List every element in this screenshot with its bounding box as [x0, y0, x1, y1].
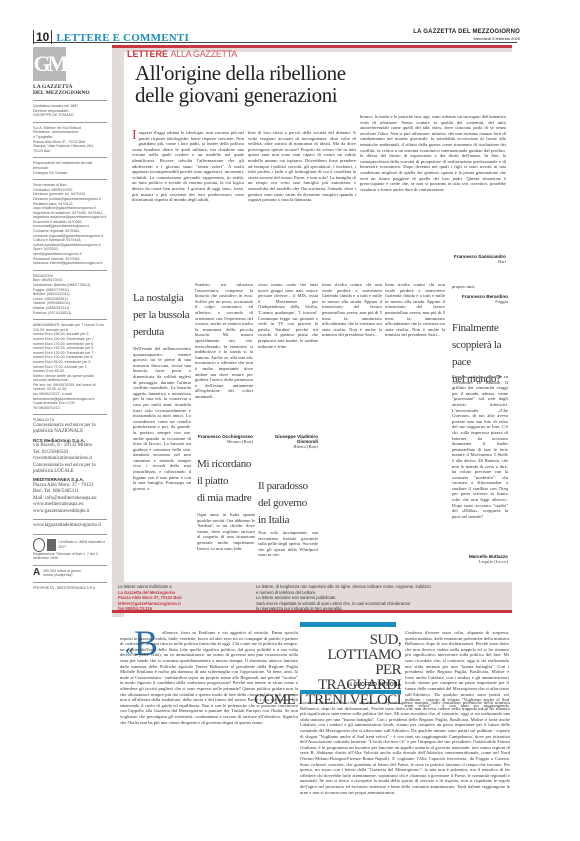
paper-name: LA GAZZETTA DEL MEZZOGIORNO: [413, 29, 520, 35]
nostalgia-signature: Francesco Occhiogrosso Bitonto (Bari): [195, 434, 253, 444]
newspaper-logo-icon: GM: [33, 47, 66, 81]
main-letter-col-2: bitri di loro stessi e perciò della soci…: [248, 130, 356, 266]
subscription-line: ABBONAMENTI: Annuale per 7 numeri Euro 3…: [33, 323, 107, 332]
sardine-col-1: Ogni tanto in Italia spunta qualche novi…: [197, 512, 255, 552]
col-text: Nell'estate del millenovecento quarantaq…: [133, 346, 191, 491]
mediterranea-line[interactable]: www.gazzettaneweddiqbe.it: [33, 509, 107, 515]
nostalgia-col-2: Sondrio, mi rubarono l'autovettura, comp…: [195, 282, 253, 432]
submission-rules: Le lettere, di lunghezza non superiore a…: [256, 584, 506, 612]
letters-kicker: LETTERE ALLA GAZZETTA: [127, 49, 237, 59]
main-letter-col-3: branco, le mode e le pratiche new age, s…: [360, 114, 506, 242]
title-line: scoppierà la pace: [452, 337, 510, 371]
letters-top-rule: [112, 45, 512, 48]
masthead-sidebar: GM LA GAZZETTA DEL MEZZOGIORNO Quotidian…: [33, 47, 107, 837]
col-text: cioso tenuto conto che tanti nuovi grupp…: [258, 282, 318, 349]
section-title: LETTERE E COMMENTI: [56, 32, 189, 44]
col-text: ellanova, fuori su Emiliano e via aggett…: [120, 630, 298, 725]
signature-name: Giuseppe Vladimiro Gismondi: [258, 434, 318, 444]
opinion-byline: di ONOFRIO INTRONA: [300, 682, 401, 688]
col-text: Non solo incompetenti, ma raccontano fro…: [258, 530, 318, 556]
sardine-signature: Giuseppe Vladimiro Gismondi Bitetto (Bar…: [258, 434, 318, 449]
main-letter-headline: All'origine della ribellione delle giova…: [135, 62, 346, 106]
sardine-col-2: cioso tenuto conto che tanti nuovi grupp…: [258, 282, 318, 430]
publisher-info: S.p.A. Editrice del Sud Edisud Redazione…: [33, 122, 107, 154]
registration-text: Registrazione Tribunale di Bari n. 7 del…: [33, 552, 107, 561]
title-line: La nostalgia: [133, 290, 193, 307]
title-line: Finalmente: [452, 320, 510, 337]
col-text: Confesso d'essere stato colto, alquanto …: [300, 700, 510, 795]
col-text: lenta rivolta contro chi non vuole perde…: [385, 282, 445, 337]
byline-author: ONOFRIO INTRONA: [354, 682, 402, 688]
page-number: 10: [33, 30, 52, 44]
audipress-icon: A: [33, 571, 40, 576]
readership: A 490.000 lettori al giornomedia (Audipr…: [33, 565, 107, 578]
title-line: il piatto: [197, 473, 257, 490]
issue-date: Mercoledì 5 febbraio 2020: [474, 36, 520, 41]
signature-place: Bari: [420, 259, 506, 264]
title-line: del governo: [258, 495, 320, 512]
readers-count: 490.000 lettori al giorno: [43, 569, 81, 573]
certification: Certificato n. 8606 rilasciato il 2017: [33, 534, 107, 552]
kicker-bold: LETTERE: [127, 49, 168, 59]
col-text: proprio tutti.: [452, 284, 475, 289]
signature-place: Bitonto (Bari): [195, 439, 253, 444]
main-letter-col-1: Iragazzi d'oggi odiano le ideologie, non…: [132, 130, 244, 266]
paradosso-ending: proprio tutti.: [452, 284, 508, 290]
title-line: SUD, LOTTIAMO: [300, 633, 401, 663]
nostalgia-title: La nostalgia per la bussola perduta: [133, 290, 193, 341]
advertising: PUBBLICITÀ: Concessionaria esclusiva per…: [33, 414, 107, 515]
opinion-col-2a: Confesso d'essere stato colto, alquanto …: [405, 630, 509, 710]
opinion-col-1: ellanova, fuori su Emiliano e via aggett…: [120, 630, 298, 830]
director-name: GIUSEPPE DE TOMASO: [33, 113, 107, 118]
contact-line[interactable]: Direzione.politica@gazzettamezzogiorno.i…: [33, 197, 107, 202]
ads-badge-icon: [47, 539, 56, 551]
local-concessionaire: Concessionaria esclusiva per la pubblici…: [33, 463, 107, 476]
col-text: Sondrio, mi rubarono l'autovettura, comp…: [195, 282, 253, 399]
battista-signature: Marcello Buttazzo Lequile (Lecce): [452, 554, 508, 564]
col-text: Ogni tanto in Italia spunta qualche novi…: [197, 512, 255, 551]
subscription-line: Tel 080/5470213: [33, 406, 107, 411]
rule-line: la riservatezza pur indicando le loro ge…: [256, 606, 506, 612]
headline-line-2: delle giovani generazioni: [135, 84, 346, 106]
section-header: 10LETTERE E COMMENTI: [33, 28, 257, 43]
col-text: ragazzi d'oggi odiano le ideologie, non …: [132, 130, 244, 202]
col-text: branco, le mode e le pratiche new age, s…: [360, 114, 506, 192]
title-line: Mi ricordano: [197, 456, 257, 473]
paradosso-signature: Francesco Berardino Foggia: [452, 294, 508, 304]
col-text: bitri di loro stessi e perciò della soci…: [248, 130, 356, 202]
contact-line[interactable]: redazione.internet@gazzettamezzogiorno.i…: [33, 261, 107, 266]
privacy-label: Responsabile del trattamento dei dati pe…: [33, 161, 107, 170]
contacts: Sede centrale di Bari: Centralino: 080/5…: [33, 179, 107, 266]
main-letter-signature: Francesco Sannicandro Bari: [420, 254, 506, 264]
signature-place: Bitetto (Bari): [258, 444, 318, 449]
submission-address: Le lettere vanno indirizzate a La Gazzet…: [118, 584, 248, 612]
title-line: di mia madre: [197, 490, 257, 507]
title-line: PER TRAGUARDI: [300, 663, 401, 693]
logo-name-2: DEL MEZZOGIORNO: [33, 90, 107, 96]
kicker-light: ALLA GAZZETTA: [171, 49, 237, 59]
founding-info: Quotidiano fondato nel 1887 Direttore re…: [33, 100, 107, 118]
subscriptions: ABBONAMENTI: Annuale per 7 numeri Euro 3…: [33, 319, 107, 410]
opinion-bottom-rule: [300, 690, 401, 694]
byline-prefix: di: [348, 683, 352, 688]
dropcap: I: [132, 130, 137, 142]
privacy-name: Giuseppe De Tomaso: [33, 171, 107, 176]
opinion-col-2: Confesso d'essere stato colto, alquanto …: [300, 700, 510, 830]
title-line: per la bussola: [133, 307, 193, 324]
paradosso-title: Il paradosso del governo in Italia: [258, 478, 320, 529]
paradosso-col-3: lenta rivolta contro chi non vuole perde…: [385, 282, 445, 554]
signature-place: Lequile (Lecce): [452, 559, 508, 564]
paradosso-col-2: lenta rivolta contro chi non vuole perde…: [322, 282, 382, 554]
sardine-title: Mi ricordano il piatto di mia madre: [197, 456, 257, 507]
battista-col-1: Piovono critiche corrosive su Alessandro…: [452, 374, 508, 550]
national-concessionaire: Concessionaria esclusiva per la pubblici…: [33, 423, 107, 436]
publisher-line: 70124 Bari: [33, 149, 107, 154]
redazione-line: Potenza: (0971/418511): [33, 311, 107, 316]
title-line: in Italia: [258, 512, 320, 529]
opinion-headline: SUD, LOTTIAMO PER TRAGUARDI COME I TRENI…: [300, 633, 401, 708]
opinion-top-rule: [300, 622, 396, 627]
col-text: lenta rivolta contro chi non vuole perde…: [322, 282, 382, 337]
col-text: Piovono critiche corrosive su Alessandro…: [452, 374, 508, 519]
readers-source: media (Audipress): [43, 573, 72, 577]
signature-place: Foggia: [452, 299, 508, 304]
privacy-info: Responsabile del trattamento dei dati pe…: [33, 157, 107, 175]
nostalgia-col-1: Nell'estate del millenovecento quarantaq…: [133, 346, 191, 556]
headline-line-1: All'origine della ribellione: [135, 62, 346, 84]
redazioni: REDAZIONI Bari: 080/5470430 Nordbarese: …: [33, 270, 107, 315]
website-link[interactable]: www.lagazzettadelmezzogiorno.it: [33, 519, 107, 529]
title-line: Il paradosso: [258, 478, 320, 495]
col-text: Confesso d'essere stato colto, alquanto …: [405, 630, 509, 710]
submission-fax: fax 080/54.70.215: [118, 606, 248, 612]
ownership: PROPRIETÀ - MEDITERRANEA S.P.A.: [33, 582, 107, 591]
certification-seal-icon: [33, 538, 45, 552]
certification-text: Certificato n. 8606 rilasciato il 2017: [58, 540, 107, 549]
title-line: perduta: [133, 324, 193, 341]
paradosso-col-1: Non solo incompetenti, ma raccontano fro…: [258, 530, 318, 556]
